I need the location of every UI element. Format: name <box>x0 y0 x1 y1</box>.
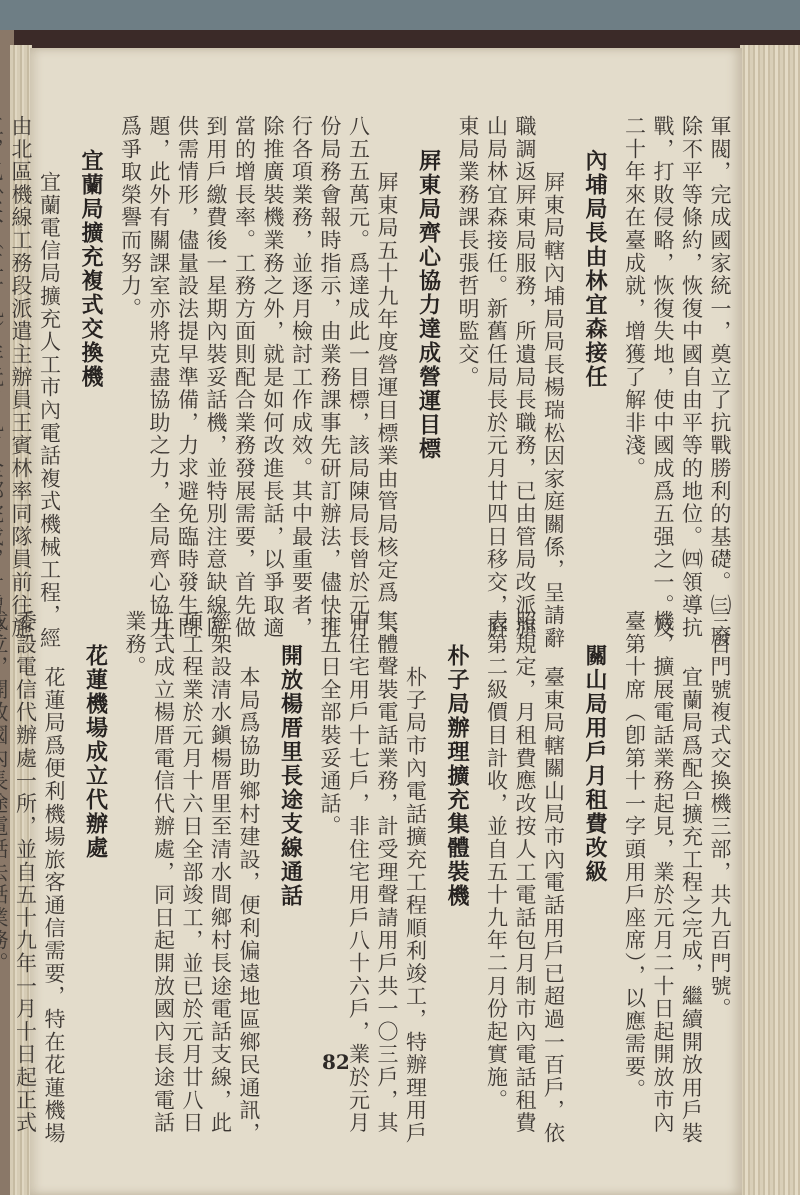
body-line: 經架設清水鎭楊厝里至清水間鄉村長途電話支線，此 <box>206 610 235 1134</box>
body-line: 供需情形，儘量設法提早準備，力求避免臨時發生問 <box>173 115 202 639</box>
body-line: 十五日全部裝妥通話。 <box>316 610 345 838</box>
body-line: 到用戶繳費後一星期內裝妥話機，並特別注意缺線區 <box>202 115 231 639</box>
body-line: 東局業務課長張哲明監交。 <box>454 115 483 389</box>
body-line: 八五五萬元。爲達成此一目標，該局陳局長曾於元月 <box>344 115 373 639</box>
article-heading-guanshan: 關山局用戶月租費改級 <box>580 610 609 884</box>
body-line: 行各項業務，並逐月檢討工作成效。其中最重要者， <box>287 115 316 639</box>
body-line: 軍閥，完成國家統一，奠立了抗戰勝利的基礎。㈢ 廢 <box>706 115 735 648</box>
body-line: 照規定，月租費應改按人工電話包月制市內電話租費 <box>511 610 540 1134</box>
body-line: 朴子局市內電話擴充工程順利竣工，特辦理用戶 <box>401 610 430 1145</box>
article-heading-puzi: 朴子局辦理擴充集體裝機 <box>442 610 471 908</box>
page-number: 82 <box>322 1050 350 1074</box>
body-line: 臺東局轄關山局市內電話用戶已超過一百戶，依 <box>539 610 568 1145</box>
article-heading-hualien: 花蓮機場成立代辦處 <box>80 610 109 860</box>
body-line: 由北區機線工務段派遣主辦員王賓林率同隊員前往施 <box>7 115 36 639</box>
body-line: 題，此外有關課室亦將克盡協助之力，全局齊心協力 <box>145 115 174 639</box>
body-line: 山局林宜森接任。新舊任局長於元月廿四日移交，屛 <box>482 115 511 639</box>
body-line: 三百門號複式交換機三部，共九百門號。 <box>706 610 735 1020</box>
body-line: 宜蘭局爲配合擴充工程之完成，繼續開放用戶裝 <box>677 610 706 1145</box>
body-line: 屛東局轄內埔局局長楊瑞松因家庭關係，呈請辭 <box>539 115 568 650</box>
body-line: 戰，打敗侵略，恢復失地，使中國成爲五强之一。及 <box>649 115 678 639</box>
bottom-text-band: 三百門號複式交換機三部，共九百門號。 宜蘭局爲配合擴充工程之完成，繼續開放用戶裝… <box>0 610 734 1080</box>
body-line: 成立，開放國內長途電話去話業務。 <box>0 610 11 975</box>
body-line: 宜蘭電信局擴充人工市內電話複式機械工程，經 <box>35 115 64 650</box>
article-heading-yangcuo: 開放楊厝里長途支線通話 <box>275 610 304 908</box>
body-line: 當的增長率。工務方面則配合業務發展需要，首先做 <box>230 115 259 639</box>
article-heading-neipu: 內埔局長由林宜森接任 <box>580 115 609 389</box>
body-line: 爲爭取榮譽而努力。 <box>116 115 145 320</box>
article-heading-pingtung: 屛東局齊心協力達成營運目標 <box>413 115 442 461</box>
body-line: 表第二級價目計收，並自五十九年二月份起實施。 <box>482 610 511 1112</box>
body-line: 臺第十席（卽第十一字頭用戶座席），以應需要。 <box>620 610 649 1101</box>
top-text-band: 軍閥，完成國家統一，奠立了抗戰勝利的基礎。㈢ 廢 除不平等條約，恢復中國自由平等… <box>0 115 734 595</box>
page-edges-right <box>740 45 800 1195</box>
body-line: 二十年來在臺成就，增獲了解非淺。 <box>620 115 649 480</box>
body-line: 委設電信代辦處一所，並自五十九年一月十日起正式 <box>11 610 40 1134</box>
body-line: 正式成立楊厝電信代辦處，同日起開放國內長途電話 <box>149 610 178 1134</box>
body-line: 業務。 <box>121 610 150 678</box>
body-line: 除不平等條約，恢復中國自由平等的地位。㈣領導抗 <box>677 115 706 639</box>
body-line: 屛東局五十九年度營運目標業由管局核定爲一、 <box>373 115 402 650</box>
article-heading-yilan: 宜蘭局擴充複式交換機 <box>76 115 105 389</box>
body-line: 除推廣裝機業務之外，就是如何改進長話，以爭取適 <box>259 115 288 639</box>
body-line: 花蓮局爲便利機場旅客通信需要，特在花蓮機場 <box>40 610 69 1145</box>
body-line: 項工程業於元月十六日全部竣工，並已於元月廿八日 <box>178 610 207 1134</box>
body-line: 份局務會報時指示，由業務課事先研訂辦法，儘快推 <box>316 115 345 639</box>
body-line: 本局爲協助鄉村建設，便利偏遠地區鄉民通訊， <box>235 610 264 1145</box>
body-line: 職調返屛東局服務，所遺局長職務，已由管局改派旗 <box>511 115 540 639</box>
body-line: 機，擴展電話業務起見，業於元月二十日起開放市內 <box>649 610 678 1134</box>
body-line: 集體聲裝電話業務，計受理聲請用戶共一〇三戶，其 <box>373 610 402 1134</box>
